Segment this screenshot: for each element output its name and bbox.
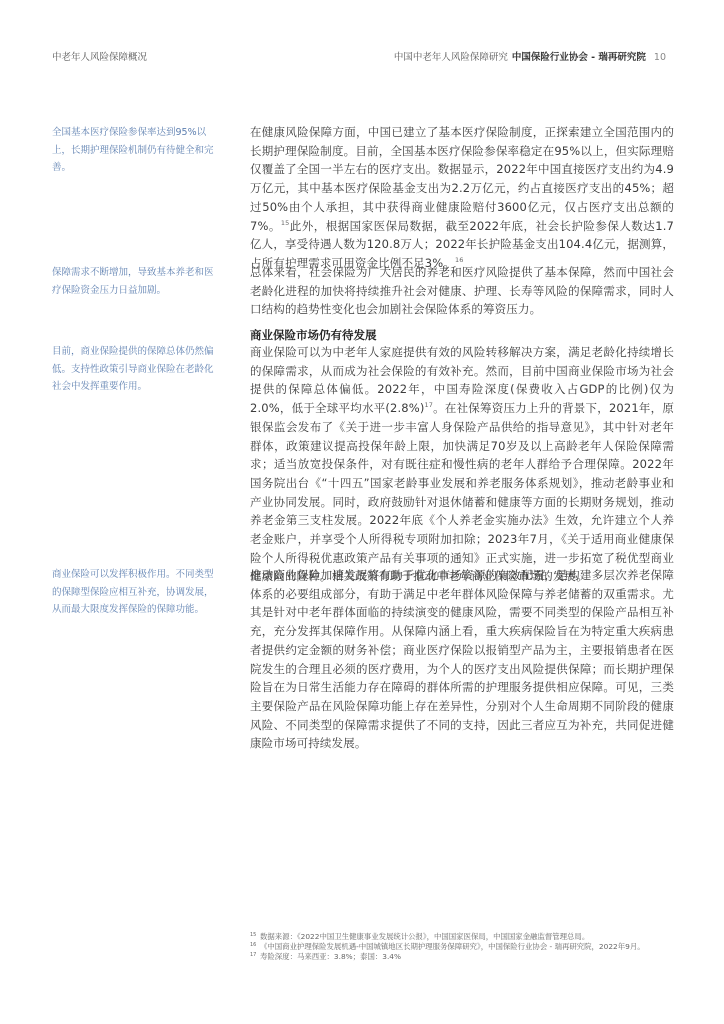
sidenote-2: 保障需求不断增加，导致基本养老和医疗保险资金压力日益加剧。 xyxy=(52,264,216,299)
footnote-number: 15 xyxy=(250,930,256,940)
paragraph-commercial-insurance: 商业保险可以为中老年人家庭提供有效的风险转移解决方案，满足老龄化持续增长的保障需… xyxy=(250,343,674,586)
footnote-15: 15数据来源：《2022中国卫生健康事业发展统计公报》，中国国家医保局，中国国家… xyxy=(250,932,674,942)
footnote-17: 17寿险深度：马来西亚：3.8%；泰国：3.4% xyxy=(250,952,674,962)
report-title: 中国中老年人风险保障研究 xyxy=(394,52,508,63)
footnote-number: 17 xyxy=(250,950,256,960)
paragraph-market-development: 推动商业保险加速发展将有助于优化市场资源的有效配置，是构建多层次养老保障体系的必… xyxy=(250,566,674,753)
footnote-text: 寿险深度：马来西亚：3.8%；泰国：3.4% xyxy=(260,952,401,961)
footnote-16: 16《中国商业护理保险发展机遇-中国城镇地区长期护理服务保障研究》，中国保险行业… xyxy=(250,942,674,952)
organization-name: 中国保险行业协会 - 瑞再研究院 xyxy=(512,52,646,63)
sidenote-1: 全国基本医疗保险参保率达到95%以上，长期护理保险机制仍有待健全和完善。 xyxy=(52,124,216,177)
section-heading: 商业保险市场仍有待发展 xyxy=(250,327,377,343)
sidenote-3: 目前，商业保险提供的保障总体仍然偏低。支持性政策引导商业保险在老龄化社会中发挥重… xyxy=(52,343,216,396)
footnote-number: 16 xyxy=(250,940,256,950)
paragraph-text: 。在社保筹资压力上升的背景下，2021年，原银保监会发布了《关于进一步丰富人身保… xyxy=(250,401,674,583)
footnotes: 15数据来源：《2022中国卫生健康事业发展统计公报》，中国国家医保局，中国国家… xyxy=(250,932,674,962)
paragraph-text: 在健康风险保障方面，中国已建立了基本医疗保险制度，正探索建立全国范围内的长期护理… xyxy=(250,125,674,233)
sidenote-4: 商业保险可以发挥积极作用。不同类型的保障型保险应相互补充，协调发展，从而最大限度… xyxy=(52,566,216,619)
page-number: 10 xyxy=(654,52,666,63)
footnote-text: 《中国商业护理保险发展机遇-中国城镇地区长期护理服务保障研究》，中国保险行业协会… xyxy=(260,942,645,951)
footnote-text: 数据来源：《2022中国卫生健康事业发展统计公报》，中国国家医保局，中国国家金融… xyxy=(260,932,589,941)
paragraph-health-risk: 在健康风险保障方面，中国已建立了基本医疗保险制度，正探索建立全国范围内的长期护理… xyxy=(250,123,674,273)
section-title: 中老年人风险保障概况 xyxy=(52,49,147,63)
footnote-ref[interactable]: 17 xyxy=(424,401,433,409)
paragraph-social-insurance: 总体来看，社会保险为广大居民的养老和医疗风险提供了基本保障，然而中国社会老龄化进… xyxy=(250,263,674,319)
header-right: 中国中老年人风险保障研究中国保险行业协会 - 瑞再研究院10 xyxy=(394,49,666,63)
page-header: 中老年人风险保障概况 中国中老年人风险保障研究中国保险行业协会 - 瑞再研究院1… xyxy=(0,47,724,65)
